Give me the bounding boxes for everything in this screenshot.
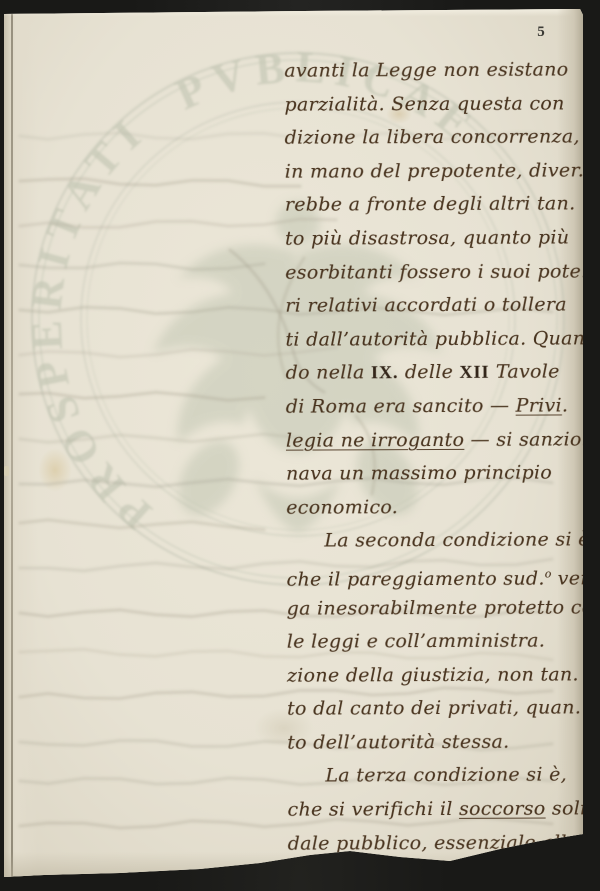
manuscript-line: to più disastrosa, quanto più bbox=[285, 221, 585, 256]
script-text: to dal canto dei privati, quan. bbox=[287, 697, 581, 720]
script-text: in mano del prepotente, diver. bbox=[285, 159, 584, 182]
script-text: — si sanzio. bbox=[464, 428, 588, 451]
script-text: delle bbox=[398, 361, 459, 383]
binding-stitch bbox=[4, 466, 9, 476]
manuscript-line: di Roma era sancito — Privi. bbox=[286, 389, 586, 424]
manuscript-line: parzialità. Senza questa con bbox=[284, 87, 584, 122]
manuscript-line: che si verifichi il soccorso soli. bbox=[287, 792, 587, 827]
script-text: le leggi e coll’amministra. bbox=[287, 630, 545, 653]
script-text: ti dall’autorità pubblica. Quan bbox=[285, 327, 585, 350]
paper-stain bbox=[38, 448, 72, 492]
manuscript-line: ti dall’autorità pubblica. Quan bbox=[285, 322, 585, 357]
roman-numeral: XII bbox=[459, 362, 489, 382]
manuscript-text-column: avanti la Legge non esistanoparzialità. … bbox=[284, 53, 588, 861]
script-text: che si verifichi il bbox=[287, 798, 459, 821]
manuscript-line: ri relativi accordati o tollera bbox=[285, 289, 585, 324]
script-text: di Roma era sancito — bbox=[286, 395, 516, 418]
manuscript-line: to dal canto dei privati, quan. bbox=[287, 692, 587, 727]
photo-background: { "page": { "number": "5", "language": "… bbox=[0, 0, 600, 891]
script-text: ri relativi accordati o tollera bbox=[285, 294, 567, 317]
manuscript-line: La seconda condizione si è bbox=[286, 524, 586, 559]
manuscript-line: ga inesorabilmente protetto col. bbox=[287, 591, 587, 626]
manuscript-line: esorbitanti fossero i suoi pote. bbox=[285, 255, 585, 290]
manuscript-line: che il pareggiamento sud.o ven. bbox=[286, 557, 586, 592]
underlined-phrase: soccorso bbox=[459, 798, 546, 820]
script-text: do nella bbox=[286, 362, 371, 384]
manuscript-line: economico. bbox=[286, 490, 586, 525]
script-text: parzialità. Senza questa con bbox=[284, 92, 564, 115]
manuscript-line: do nella IX. delle XII Tavole bbox=[286, 356, 586, 391]
script-text: La seconda condizione si è bbox=[324, 529, 589, 552]
script-text: La terza condizione si è, bbox=[325, 764, 567, 787]
page-number: 5 bbox=[531, 24, 551, 41]
script-text: to dell’autorità stessa. bbox=[287, 731, 509, 754]
script-text: rebbe a fronte degli altri tan. bbox=[285, 193, 576, 216]
manuscript-line: La terza condizione si è, bbox=[287, 759, 587, 794]
underlined-phrase: legia ne irroganto bbox=[286, 428, 464, 451]
script-text: avanti la Legge non esistano bbox=[284, 58, 568, 81]
script-text: esorbitanti fossero i suoi pote. bbox=[285, 260, 587, 283]
manuscript-line: zione della giustizia, non tan. bbox=[287, 658, 587, 693]
manuscript-line: avanti la Legge non esistano bbox=[284, 53, 584, 88]
manuscript-line: legia ne irroganto — si sanzio. bbox=[286, 423, 586, 458]
page-edge-line bbox=[11, 8, 13, 878]
underlined-phrase: Privi bbox=[516, 394, 562, 416]
manuscript-page: PROSPERITATI PVBLICAE 5 avanti la Legge … bbox=[4, 8, 583, 878]
script-text: economico. bbox=[286, 496, 398, 518]
manuscript-line: to dell’autorità stessa. bbox=[287, 725, 587, 760]
manuscript-line: dizione la libera concorrenza, bbox=[285, 121, 585, 156]
script-text: . bbox=[562, 394, 568, 416]
script-text: to più disastrosa, quanto più bbox=[285, 226, 569, 249]
manuscript-line: in mano del prepotente, diver. bbox=[285, 154, 585, 189]
manuscript-line: rebbe a fronte degli altri tan. bbox=[285, 188, 585, 223]
script-text: Tavole bbox=[489, 361, 559, 383]
manuscript-line: nava un massimo principio bbox=[286, 456, 586, 491]
script-text: zione della giustizia, non tan. bbox=[287, 663, 579, 686]
script-text: nava un massimo principio bbox=[286, 462, 552, 485]
script-text: che il pareggiamento sud. bbox=[286, 567, 544, 590]
roman-numeral: IX. bbox=[371, 363, 399, 383]
manuscript-line: le leggi e coll’amministra. bbox=[287, 624, 587, 659]
script-text: dizione la libera concorrenza, bbox=[285, 126, 580, 149]
binding-gutter bbox=[4, 8, 38, 878]
script-text: ga inesorabilmente protetto col. bbox=[287, 596, 600, 619]
